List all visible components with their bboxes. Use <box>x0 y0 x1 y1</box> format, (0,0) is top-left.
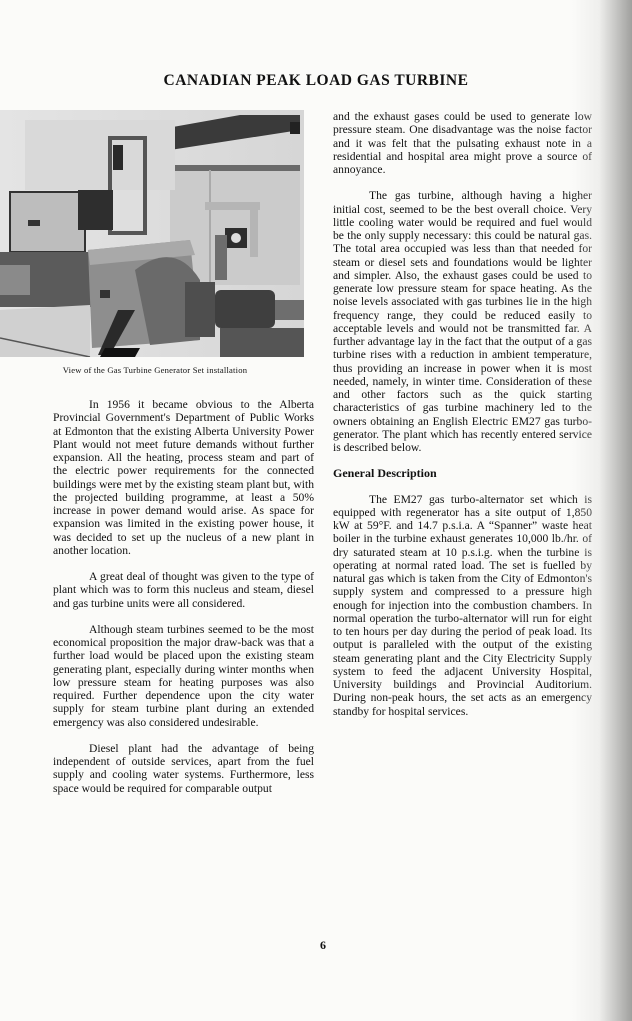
paragraph-continuation: and the exhaust gases could be used to g… <box>333 110 592 176</box>
page-number: 6 <box>320 938 326 953</box>
paragraph: Although steam turbines seemed to be the… <box>53 623 314 729</box>
paragraph: In 1956 it became obvious to the Alberta… <box>53 398 314 557</box>
figure-caption: View of the Gas Turbine Generator Set in… <box>0 365 310 375</box>
right-column: and the exhaust gases could be used to g… <box>333 110 592 731</box>
paragraph: A great deal of thought was given to the… <box>53 570 314 610</box>
paragraph: The gas turbine, although having a highe… <box>333 189 592 454</box>
section-heading: General Description <box>333 467 592 480</box>
gas-turbine-photo <box>0 110 304 357</box>
paragraph: Diesel plant had the advantage of being … <box>53 742 314 795</box>
turbine-photo-image <box>0 110 304 357</box>
page-title: CANADIAN PEAK LOAD GAS TURBINE <box>0 72 632 90</box>
left-column: In 1956 it became obvious to the Alberta… <box>53 398 314 808</box>
paragraph: The EM27 gas turbo-alternator set which … <box>333 493 592 718</box>
